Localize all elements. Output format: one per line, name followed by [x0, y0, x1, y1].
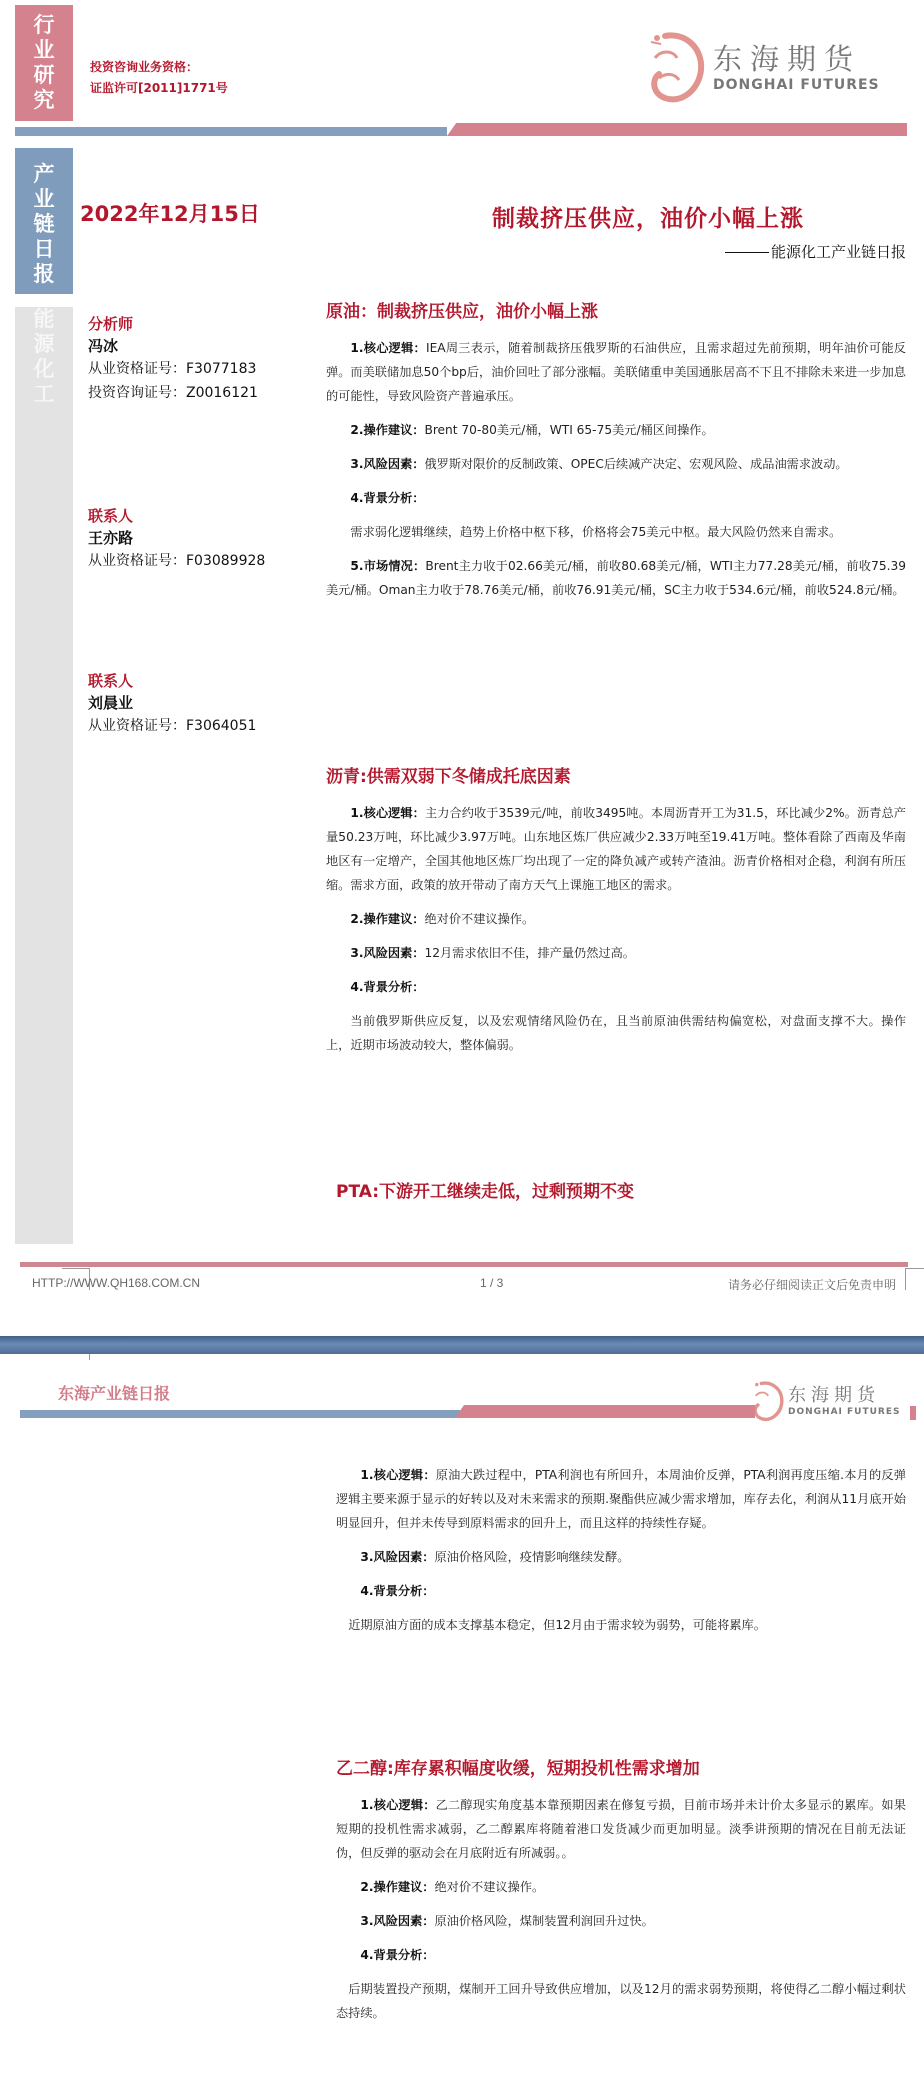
para-label: 3.风险因素：: [360, 1914, 434, 1928]
category-tab-industry-research: 行 业 研 究: [15, 5, 73, 121]
risk-factors: 3.风险因素：俄罗斯对限价的反制政策、OPEC后续减产决定、宏观风险、成品油需求…: [326, 452, 906, 476]
tab-char: 报: [15, 262, 73, 287]
report-subtitle-text: 能源化工产业链日报: [771, 243, 906, 261]
para-label: 4.背景分析：: [350, 491, 424, 505]
para-label: 4.背景分析：: [350, 980, 424, 994]
section-crude-oil: 原油：制裁挤压供应，油价小幅上涨 1.核心逻辑：IEA周三表示，随着制裁挤压俄罗…: [326, 300, 906, 602]
footer-disclaimer: 请务必仔细阅读正文后免责申明: [728, 1276, 896, 1293]
background-analysis: 近期原油方面的成本支撑基本稳定，但12月由于需求较为弱势，可能将累库。: [336, 1613, 906, 1637]
para-text: 当前俄罗斯供应反复，以及宏观情绪风险仍在，且当前原油供需结构偏宽松，对盘面支撑不…: [326, 1014, 906, 1052]
para-label: 2.操作建议：: [350, 423, 424, 437]
section-meg: 乙二醇:库存累积幅度收缓，短期投机性需求增加 1.核心逻辑：乙二醇现实角度基本靠…: [336, 1757, 906, 2025]
tab-char: 工: [15, 382, 73, 407]
para-label: 2.操作建议：: [350, 912, 424, 926]
analyst-block: 分析师 冯冰 从业资格证号：F3077183 投资咨询证号：Z0016121: [88, 313, 298, 405]
background-label: 4.背景分析：: [326, 486, 906, 510]
para-text: 绝对价不建议操作。: [434, 1880, 544, 1894]
footer-url-link[interactable]: HTTP://WWW.QH168.COM.CN: [32, 1276, 200, 1290]
operation-advice: 2.操作建议：绝对价不建议操作。: [326, 907, 906, 931]
person-name: 王亦路: [88, 527, 298, 549]
header-bar-blue: [20, 1410, 460, 1418]
para-text: 后期装置投产预期，煤制开工回升导致供应增加，以及12月的需求弱势预期，将使得乙二…: [336, 1982, 906, 2020]
role-label: 联系人: [88, 505, 298, 527]
para-label: 3.风险因素：: [350, 946, 424, 960]
qualification-block: 投资咨询业务资格： 证监许可[2011]1771号: [90, 57, 228, 99]
logo-chinese: 东海期货: [788, 1385, 900, 1407]
para-text: 原油价格风险，疫情影响继续发酵。: [434, 1550, 629, 1564]
donghai-logo: 东海期货 DONGHAI FUTURES: [645, 28, 880, 106]
risk-factors: 3.风险因素：原油价格风险，煤制装置利润回升过快。: [336, 1909, 906, 1933]
tab-char: 业: [15, 38, 73, 63]
background-label: 4.背景分析：: [336, 1943, 906, 1967]
tab-char: 能: [15, 307, 73, 332]
qualification-label: 投资咨询业务资格：: [90, 57, 228, 78]
role-label: 分析师: [88, 313, 298, 335]
contact-block-1: 联系人 王亦路 从业资格证号：F03089928: [88, 505, 298, 573]
para-text: 近期原油方面的成本支撑基本稳定，但12月由于需求较为弱势，可能将累库。: [348, 1618, 766, 1632]
tab-char: 链: [15, 212, 73, 237]
para-text: 12月需求依旧不佳，排产量仍然过高。: [424, 946, 635, 960]
section-title: 原油：制裁挤压供应，油价小幅上涨: [326, 300, 906, 324]
para-text: 需求弱化逻辑继续，趋势上价格中枢下移，价格将会75美元中枢。最大风险仍然来自需求…: [350, 525, 841, 539]
tab-char: 产: [15, 162, 73, 187]
background-label: 4.背景分析：: [326, 975, 906, 999]
page-number: 1 / 3: [480, 1276, 503, 1290]
para-text: 绝对价不建议操作。: [424, 912, 534, 926]
page-corner-mark: [62, 1354, 90, 1360]
para-label: 4.背景分析：: [360, 1584, 434, 1598]
para-label: 1.核心逻辑：: [360, 1468, 435, 1482]
person-name: 冯冰: [88, 335, 298, 357]
section-title-pta: PTA:下游开工继续走低，过剩预期不变: [336, 1180, 634, 1204]
para-label: 5.市场情况：: [350, 559, 425, 573]
core-logic: 1.核心逻辑：乙二醇现实角度基本靠预期因素在修复亏损，目前市场并未计价太多显示的…: [336, 1793, 906, 1865]
risk-factors: 3.风险因素：原油价格风险，疫情影响继续发酵。: [336, 1545, 906, 1569]
report-title: 制裁挤压供应，油价小幅上涨: [492, 200, 804, 233]
para-text: 俄罗斯对限价的反制政策、OPEC后续减产决定、宏观风险、成品油需求波动。: [424, 457, 847, 471]
dragon-logo-icon: [645, 28, 705, 106]
header-bar-blue: [15, 127, 447, 136]
section-asphalt: 沥青:供需双弱下冬储成托底因素 1.核心逻辑：主力合约收于3539元/吨，前收3…: [326, 765, 906, 1057]
para-text: Brent 70-80美元/桶，WTI 65-75美元/桶区间操作。: [424, 423, 713, 437]
contact-block-2: 联系人 刘晨业 从业资格证号：F3064051: [88, 670, 298, 738]
section-title: 乙二醇:库存累积幅度收缓，短期投机性需求增加: [336, 1757, 906, 1781]
para-label: 3.风险因素：: [360, 1550, 434, 1564]
qualification-number: 从业资格证号：F3077183: [88, 357, 298, 381]
para-label: 2.操作建议：: [360, 1880, 434, 1894]
dragon-logo-icon: [750, 1378, 784, 1424]
role-label: 联系人: [88, 670, 298, 692]
tab-char: 业: [15, 187, 73, 212]
para-text: 原油价格风险，煤制装置利润回升过快。: [434, 1914, 653, 1928]
para-label: 1.核心逻辑：: [350, 806, 425, 820]
background-analysis: 需求弱化逻辑继续，趋势上价格中枢下移，价格将会75美元中枢。最大风险仍然来自需求…: [326, 520, 906, 544]
logo-chinese: 东海期货: [713, 41, 880, 77]
core-logic: 1.核心逻辑：IEA周三表示，随着制裁挤压俄罗斯的石油供应，且需求超过先前预期，…: [326, 336, 906, 408]
tab-char: 化: [15, 357, 73, 382]
footer-bar: [20, 1262, 908, 1267]
page-corner-mark: [905, 1268, 924, 1290]
para-label: 3.风险因素：: [350, 457, 424, 471]
tab-char: 究: [15, 88, 73, 113]
risk-factors: 3.风险因素：12月需求依旧不佳，排产量仍然过高。: [326, 941, 906, 965]
consulting-number: 投资咨询证号：Z0016121: [88, 381, 298, 405]
page-separator: [0, 1336, 924, 1354]
para-label: 4.背景分析：: [360, 1948, 434, 1962]
header-bar-pink: [455, 1405, 755, 1418]
background-analysis: 当前俄罗斯供应反复，以及宏观情绪风险仍在，且当前原油供需结构偏宽松，对盘面支撑不…: [326, 1009, 906, 1057]
section-title: 沥青:供需双弱下冬储成托底因素: [326, 765, 906, 789]
background-label: 4.背景分析：: [336, 1579, 906, 1603]
logo-english: DONGHAI FUTURES: [713, 77, 880, 93]
tab-char: 日: [15, 237, 73, 262]
market-situation: 5.市场情况：Brent主力收于02.66美元/桶，前收80.68美元/桶，WT…: [326, 554, 906, 602]
person-name: 刘晨业: [88, 692, 298, 714]
operation-advice: 2.操作建议：Brent 70-80美元/桶，WTI 65-75美元/桶区间操作…: [326, 418, 906, 442]
tab-char: 源: [15, 332, 73, 357]
qualification-number: 从业资格证号：F03089928: [88, 549, 298, 573]
dash-line: [725, 252, 769, 254]
qualification-number: 从业资格证号：F3064051: [88, 714, 298, 738]
category-tab-energy-chemical: 能 源 化 工: [15, 307, 73, 1244]
operation-advice: 2.操作建议：绝对价不建议操作。: [336, 1875, 906, 1899]
para-label: 1.核心逻辑：: [360, 1798, 435, 1812]
qualification-number: 证监许可[2011]1771号: [90, 78, 228, 99]
logo-english: DONGHAI FUTURES: [788, 1407, 900, 1418]
para-label: 1.核心逻辑：: [350, 341, 426, 355]
tab-char: 行: [15, 13, 73, 38]
donghai-logo-small: 东海期货 DONGHAI FUTURES: [750, 1378, 900, 1424]
core-logic: 1.核心逻辑：原油大跌过程中，PTA利润也有所回升，本周油价反弹，PTA利润再度…: [336, 1463, 906, 1535]
category-tab-chain-daily: 产 业 链 日 报: [15, 148, 73, 294]
report-subtitle: 能源化工产业链日报: [725, 241, 906, 262]
header-bar-pink: [447, 123, 907, 136]
header-bar-pink-end: [910, 1406, 916, 1420]
page2-header-title: 东海产业链日报: [58, 1381, 170, 1404]
background-analysis: 后期装置投产预期，煤制开工回升导致供应增加，以及12月的需求弱势预期，将使得乙二…: [336, 1977, 906, 2025]
core-logic: 1.核心逻辑：主力合约收于3539元/吨，前收3495吨。本周沥青开工为31.5…: [326, 801, 906, 897]
tab-char: 研: [15, 63, 73, 88]
report-date: 2022年12月15日: [80, 198, 260, 228]
section-pta: 1.核心逻辑：原油大跌过程中，PTA利润也有所回升，本周油价反弹，PTA利润再度…: [336, 1463, 906, 1637]
